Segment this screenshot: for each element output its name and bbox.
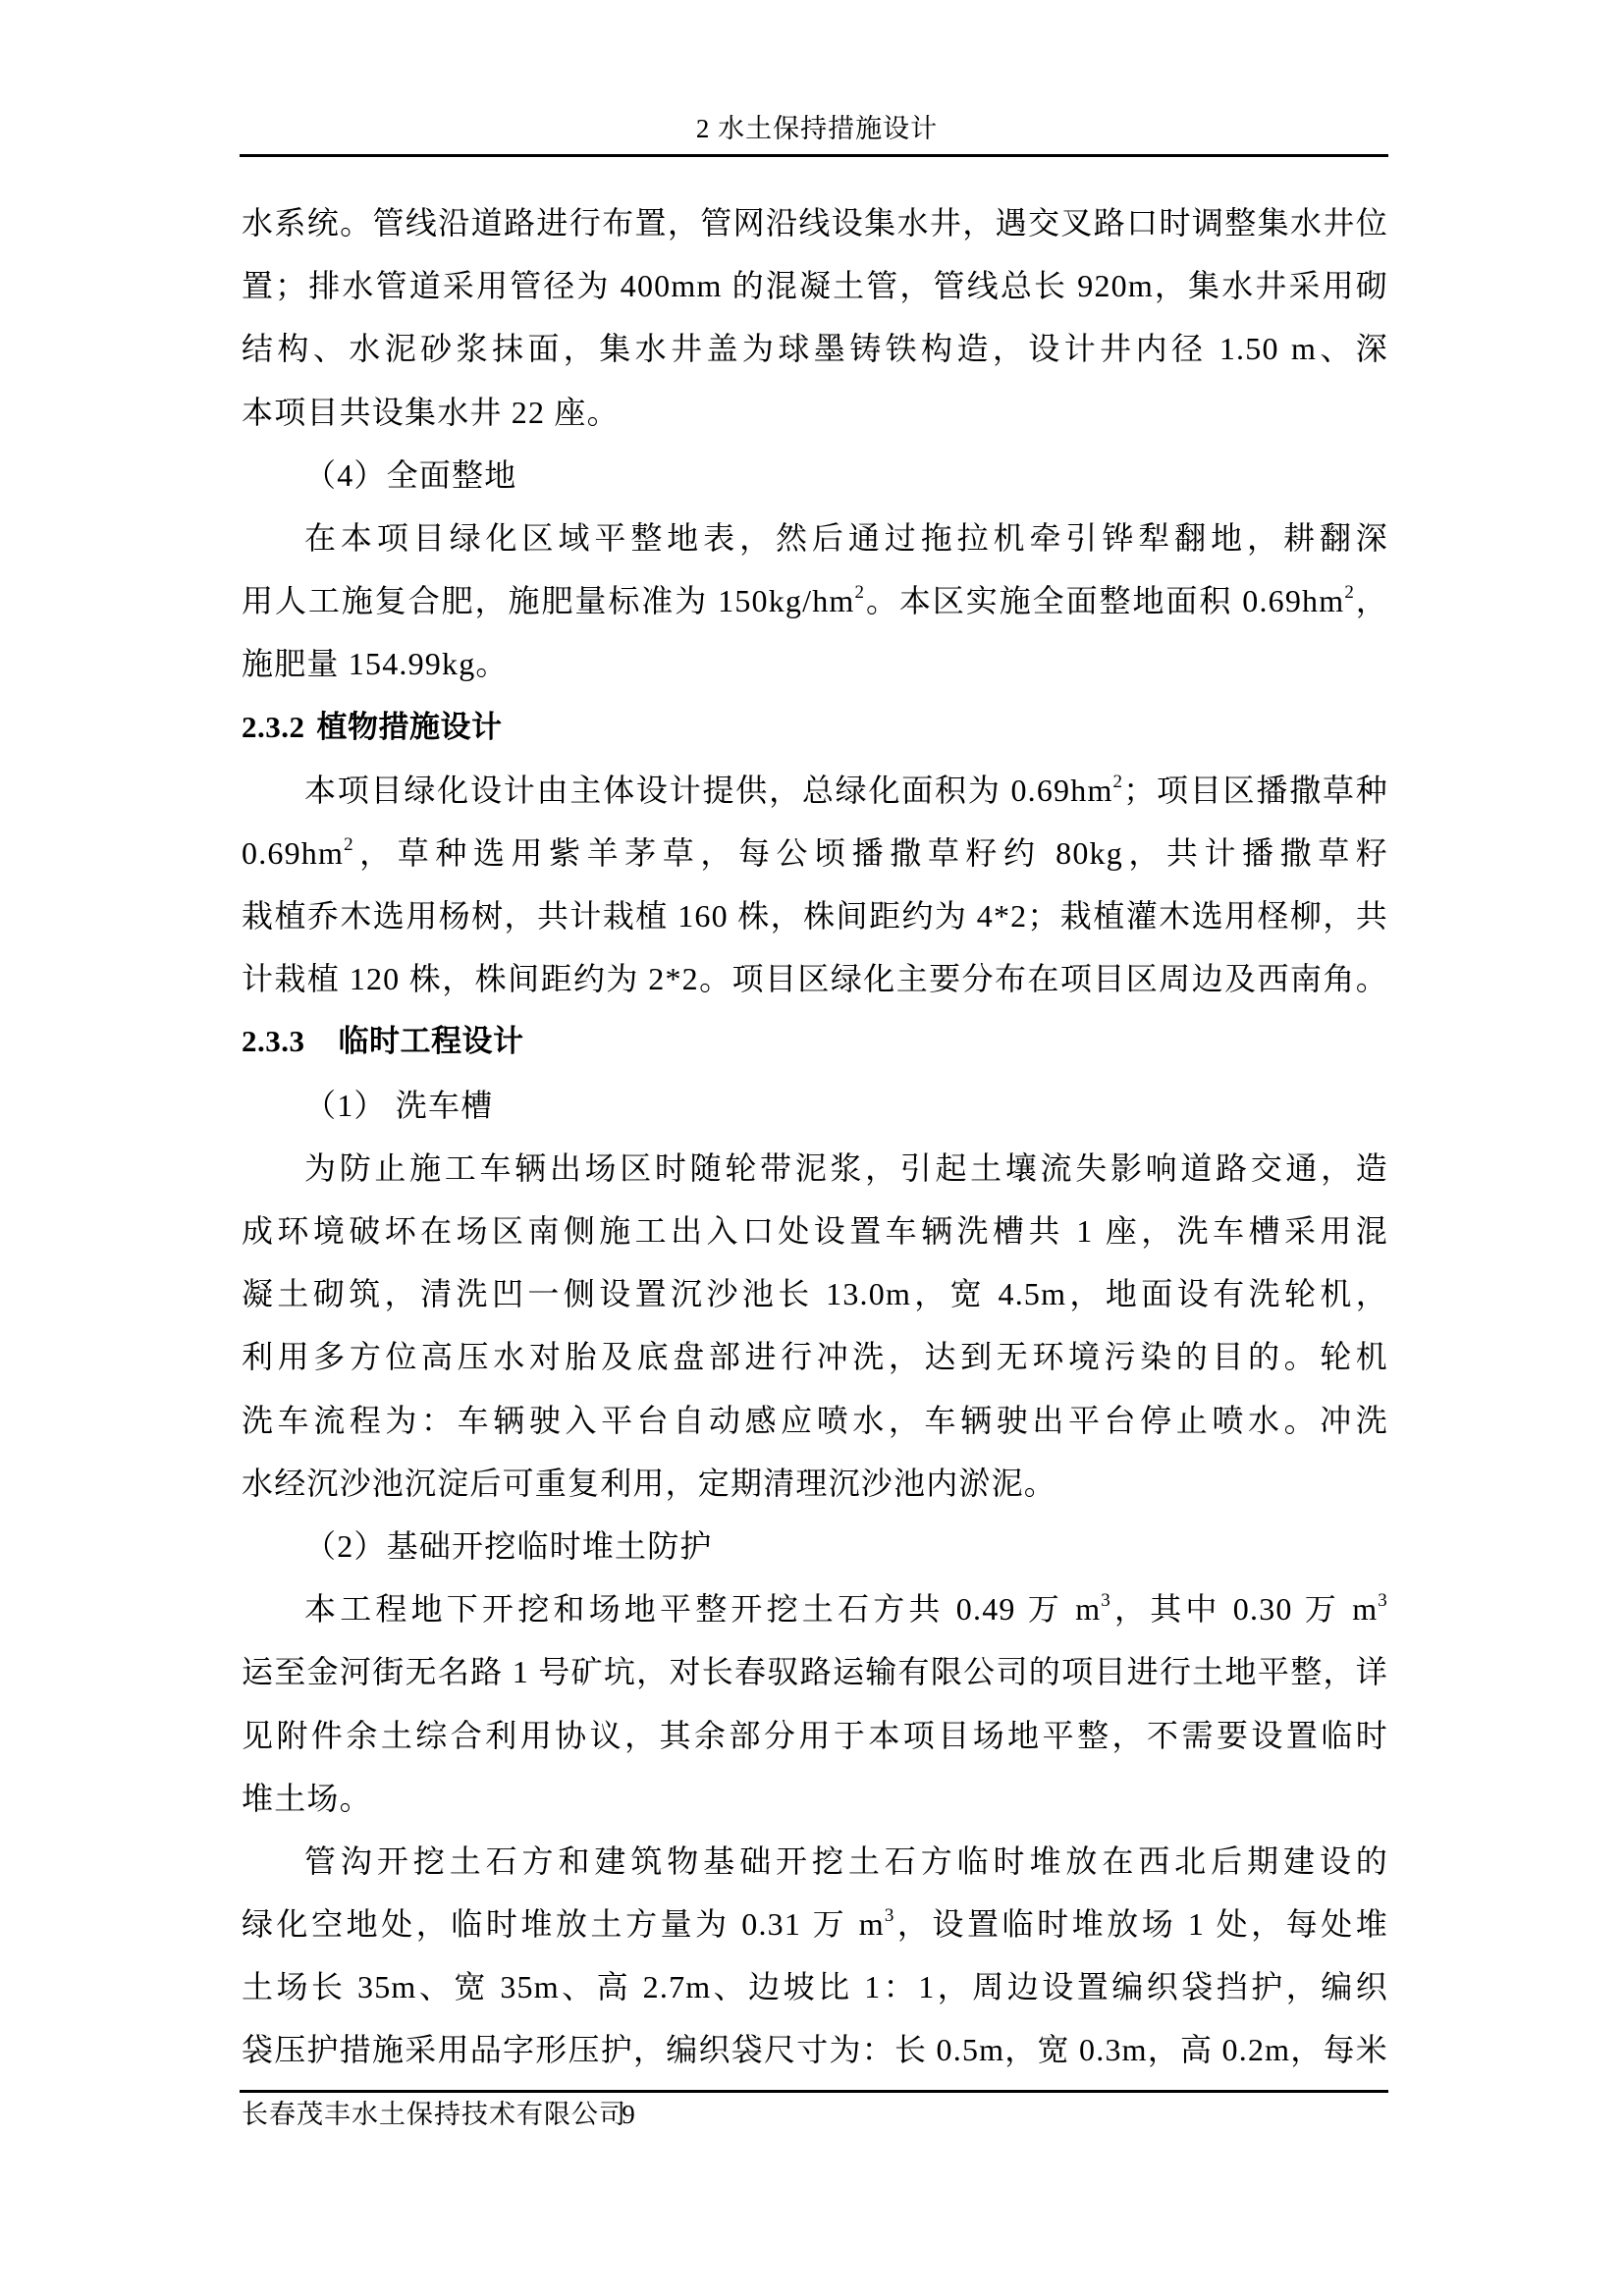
paragraph-line: 绿化空地处，临时堆放土方量为 0.31 万 m3，设置临时堆放场 1 处，每处堆 — [242, 1893, 1388, 1955]
text-run: 绿化空地处，临时堆放土方量为 0.31 万 m — [242, 1906, 885, 1942]
superscript: 3 — [885, 1905, 895, 1926]
list-item-heading: （1） 洗车槽 — [242, 1074, 1388, 1137]
paragraph-line: 结构、水泥砂浆抹面，集水井盖为球墨铸铁构造，设计井内径 1.50 m、深 2.0… — [242, 317, 1388, 380]
paragraph-line: 管沟开挖土石方和建筑物基础开挖土石方临时堆放在西北后期建设的 — [242, 1830, 1388, 1893]
text-run: ，其中 0.30 万 m — [1111, 1591, 1378, 1627]
section-number: 2.3.2 — [242, 710, 305, 744]
paragraph-line: 土场长 35m、宽 35m、高 2.7m、边坡比 1：1，周边设置编织袋挡护，编… — [242, 1955, 1388, 2018]
superscript: 2 — [855, 582, 866, 603]
paragraph-line: 洗车流程为：车辆驶入平台自动感应喷水，车辆驶出平台停止喷水。冲洗 — [242, 1389, 1388, 1452]
text-run: 本项目绿化设计由主体设计提供，总绿化面积为 0.69hm — [304, 773, 1113, 808]
list-item-heading: （4）全面整地 — [242, 444, 1388, 507]
superscript: 2 — [1344, 582, 1355, 603]
paragraph-line: 利用多方位高压水对胎及底盘部进行冲洗，达到无环境污染的目的。轮机 — [242, 1325, 1388, 1388]
page-number: 9 — [481, 2095, 776, 2134]
paragraph-line: 在本项目绿化区域平整地表，然后通过拖拉机牵引铧犁翻地，耕翻深 0.20m， — [242, 507, 1388, 569]
footer-rule — [240, 2090, 1388, 2093]
paragraph-line: 用人工施复合肥，施肥量标准为 150kg/hm2。本区实施全面整地面积 0.69… — [242, 569, 1388, 632]
paragraph-line: 施肥量 154.99kg。 — [242, 632, 1388, 695]
body-text: 水系统。管线沿道路进行布置，管网沿线设集水井，遇交叉路口时调整集水井位置；排水管… — [242, 191, 1388, 2082]
paragraph-line: 成环境破坏在场区南侧施工出入口处设置车辆洗槽共 1 座，洗车槽采用混 — [242, 1200, 1388, 1262]
paragraph-line: 计栽植 120 株，株间距约为 2*2。项目区绿化主要分布在项目区周边及西南角。 — [242, 947, 1388, 1010]
paragraph-line: 凝土砌筑，清洗凹一侧设置沉沙池长 13.0m，宽 4.5m，地面设有洗轮机， — [242, 1262, 1388, 1325]
paragraph-line: 栽植乔木选用杨树，共计栽植 160 株，株间距约为 4*2；栽植灌木选用柽柳，共 — [242, 884, 1388, 947]
superscript: 2 — [344, 834, 354, 855]
text-run: ，设置临时堆放场 1 处，每处堆 — [895, 1906, 1388, 1942]
paragraph-line: 本项目绿化设计由主体设计提供，总绿化面积为 0.69hm2；项目区播撒草种 — [242, 759, 1388, 822]
paragraph-line: 本项目共设集水井 22 座。 — [242, 381, 1388, 444]
text-run: 。本区实施全面整地面积 0.69hm — [865, 583, 1344, 618]
section-heading: 2.3.2植物措施设计 — [242, 696, 1388, 759]
paragraph-line: 见附件余土综合利用协议，其余部分用于本项目场地平整，不需要设置临时 — [242, 1704, 1388, 1767]
document-page: 2 水土保持措施设计 水系统。管线沿道路进行布置，管网沿线设集水井，遇交叉路口时… — [0, 0, 1624, 2296]
text-run: 0.69hm — [242, 835, 344, 871]
superscript: 2 — [1113, 772, 1124, 792]
text-run: 用人工施复合肥，施肥量标准为 150kg/hm — [242, 583, 855, 618]
paragraph-line: 本工程地下开挖和场地平整开挖土石方共 0.49 万 m3，其中 0.30 万 m… — [242, 1577, 1388, 1640]
text-run: ；项目区播撒草种 — [1123, 773, 1388, 808]
paragraph-line: 0.69hm2，草种选用紫羊茅草，每公顷播撒草籽约 80kg，共计播撒草籽 55… — [242, 822, 1388, 884]
section-title: 临时工程设计 — [339, 1024, 524, 1058]
superscript: 3 — [1101, 1590, 1111, 1611]
section-number: 2.3.3 — [242, 1024, 305, 1058]
paragraph-line: 运至金河街无名路 1 号矿坑，对长春驭路运输有限公司的项目进行土地平整，详 — [242, 1640, 1388, 1703]
text-run: ，草种选用紫羊茅草，每公顷播撒草籽约 80kg，共计播撒草籽 55.11kg； — [242, 835, 1388, 884]
paragraph-line: 袋压护措施采用品字形压护，编织袋尺寸为：长 0.5m，宽 0.3m，高 0.2m… — [242, 2018, 1388, 2081]
superscript: 3 — [1378, 1590, 1388, 1611]
section-heading: 2.3.3临时工程设计 — [242, 1010, 1388, 1073]
section-title: 植物措施设计 — [317, 710, 503, 744]
running-header: 2 水土保持措施设计 — [245, 111, 1388, 146]
paragraph-line: 水经沉沙池沉淀后可重复利用，定期清理沉沙池内淤泥。 — [242, 1452, 1388, 1515]
paragraph-line: 堆土场。 — [242, 1767, 1388, 1830]
header-rule — [240, 154, 1388, 157]
text-run: ， — [1355, 583, 1388, 618]
paragraph-line: 为防止施工车辆出场区时随轮带泥浆，引起土壤流失影响道路交通，造 — [242, 1137, 1388, 1200]
text-run: 本工程地下开挖和场地平整开挖土石方共 0.49 万 m — [304, 1591, 1101, 1627]
list-item-heading: （2）基础开挖临时堆土防护 — [242, 1515, 1388, 1577]
paragraph-line: 置；排水管道采用管径为 400mm 的混凝土管，管线总长 920m，集水井采用砌… — [242, 254, 1388, 317]
paragraph-line: 水系统。管线沿道路进行布置，管网沿线设集水井，遇交叉路口时调整集水井位 — [242, 191, 1388, 254]
